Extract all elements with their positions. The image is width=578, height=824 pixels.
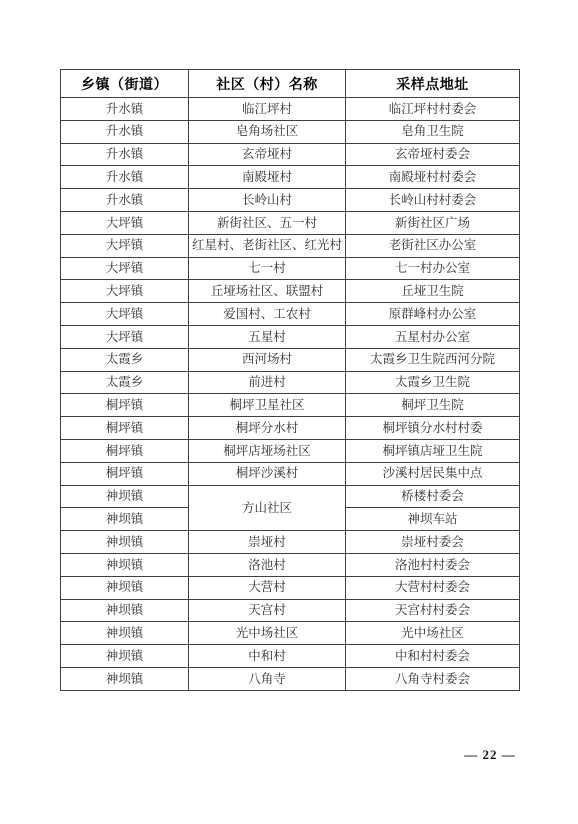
table-row: 升水镇 临江坪村 临江坪村村委会 [61, 98, 520, 121]
table-row: 神坝镇 大营村 大营村村委会 [61, 576, 520, 599]
cell-address: 神坝车站 [346, 508, 520, 531]
cell-village: 长岭山村 [189, 189, 346, 212]
cell-address: 新街社区广场 [346, 211, 520, 234]
cell-village: 玄帝垭村 [189, 143, 346, 166]
cell-address: 临江坪村村委会 [346, 98, 520, 121]
cell-town: 升水镇 [61, 189, 189, 212]
table-row: 神坝镇 崇垭村 崇垭村委会 [61, 531, 520, 554]
cell-town: 大坪镇 [61, 234, 189, 257]
cell-village: 崇垭村 [189, 531, 346, 554]
table-row: 大坪镇 五星村 五星村办公室 [61, 325, 520, 348]
cell-address: 桐坪卫生院 [346, 394, 520, 417]
cell-village: 桐坪卫星社区 [189, 394, 346, 417]
cell-town: 大坪镇 [61, 325, 189, 348]
cell-town: 大坪镇 [61, 257, 189, 280]
cell-village: 西河场村 [189, 348, 346, 371]
cell-town: 神坝镇 [61, 531, 189, 554]
cell-town: 升水镇 [61, 120, 189, 143]
cell-village: 光中场社区 [189, 622, 346, 645]
table-row: 太霞乡 前进村 太霞乡卫生院 [61, 371, 520, 394]
cell-address: 洛池村村委会 [346, 553, 520, 576]
table-row: 桐坪镇 桐坪分水村 桐坪镇分水村村委 [61, 417, 520, 440]
cell-town: 神坝镇 [61, 508, 189, 531]
cell-town: 神坝镇 [61, 576, 189, 599]
table-row: 大坪镇 丘垭场社区、联盟村 丘垭卫生院 [61, 280, 520, 303]
table-row: 桐坪镇 桐坪沙溪村 沙溪村居民集中点 [61, 462, 520, 485]
table-row: 神坝镇 洛池村 洛池村村委会 [61, 553, 520, 576]
cell-village: 五星村 [189, 325, 346, 348]
cell-village: 丘垭场社区、联盟村 [189, 280, 346, 303]
col-header-address: 采样点地址 [346, 70, 520, 98]
cell-address: 太霞乡卫生院 [346, 371, 520, 394]
cell-village: 爱国村、工农村 [189, 303, 346, 326]
table-row: 神坝镇 方山社区 桥楼村委会 [61, 485, 520, 508]
cell-address: 八角寺村委会 [346, 667, 520, 690]
cell-village: 桐坪店垭场社区 [189, 439, 346, 462]
sampling-points-table: 乡镇（街道） 社区（村）名称 采样点地址 升水镇 临江坪村 临江坪村村委会 升水… [60, 69, 520, 691]
cell-town: 桐坪镇 [61, 439, 189, 462]
cell-address: 大营村村委会 [346, 576, 520, 599]
cell-address: 崇垭村委会 [346, 531, 520, 554]
cell-village: 桐坪分水村 [189, 417, 346, 440]
cell-village: 八角寺 [189, 667, 346, 690]
cell-address: 桥楼村委会 [346, 485, 520, 508]
cell-address: 丘垭卫生院 [346, 280, 520, 303]
table-row: 桐坪镇 桐坪店垭场社区 桐坪镇店垭卫生院 [61, 439, 520, 462]
cell-village-merged: 方山社区 [189, 485, 346, 531]
cell-town: 神坝镇 [61, 553, 189, 576]
cell-town: 太霞乡 [61, 348, 189, 371]
cell-town: 升水镇 [61, 143, 189, 166]
page-number: — 22 — [428, 747, 552, 763]
cell-town: 升水镇 [61, 166, 189, 189]
document-page: 乡镇（街道） 社区（村）名称 采样点地址 升水镇 临江坪村 临江坪村村委会 升水… [0, 0, 578, 824]
table-row: 大坪镇 红星村、老街社区、红光村 老街社区办公室 [61, 234, 520, 257]
cell-town: 升水镇 [61, 98, 189, 121]
table-row: 桐坪镇 桐坪卫星社区 桐坪卫生院 [61, 394, 520, 417]
cell-town: 神坝镇 [61, 599, 189, 622]
cell-village: 七一村 [189, 257, 346, 280]
cell-town: 大坪镇 [61, 211, 189, 234]
table-row: 大坪镇 新街社区、五一村 新街社区广场 [61, 211, 520, 234]
cell-town: 桐坪镇 [61, 417, 189, 440]
cell-town: 太霞乡 [61, 371, 189, 394]
cell-village: 皂角场社区 [189, 120, 346, 143]
cell-address: 玄帝垭村委会 [346, 143, 520, 166]
table-row: 神坝镇 光中场社区 光中场社区 [61, 622, 520, 645]
col-header-town: 乡镇（街道） [61, 70, 189, 98]
cell-village: 天宫村 [189, 599, 346, 622]
cell-town: 桐坪镇 [61, 462, 189, 485]
cell-village: 洛池村 [189, 553, 346, 576]
table-row: 神坝镇 中和村 中和村村委会 [61, 645, 520, 668]
cell-town: 大坪镇 [61, 303, 189, 326]
cell-village: 桐坪沙溪村 [189, 462, 346, 485]
cell-village: 新街社区、五一村 [189, 211, 346, 234]
col-header-village: 社区（村）名称 [189, 70, 346, 98]
cell-address: 南殿垭村村委会 [346, 166, 520, 189]
cell-address: 七一村办公室 [346, 257, 520, 280]
header-row: 乡镇（街道） 社区（村）名称 采样点地址 [61, 70, 520, 98]
table-row: 太霞乡 西河场村 太霞乡卫生院西河分院 [61, 348, 520, 371]
cell-address: 光中场社区 [346, 622, 520, 645]
cell-address: 老街社区办公室 [346, 234, 520, 257]
cell-address: 五星村办公室 [346, 325, 520, 348]
cell-address: 中和村村委会 [346, 645, 520, 668]
cell-address: 原群峰村办公室 [346, 303, 520, 326]
cell-town: 神坝镇 [61, 667, 189, 690]
cell-address: 皂角卫生院 [346, 120, 520, 143]
cell-address: 天宫村村委会 [346, 599, 520, 622]
table-row: 升水镇 南殿垭村 南殿垭村村委会 [61, 166, 520, 189]
cell-town: 神坝镇 [61, 485, 189, 508]
table-row: 大坪镇 七一村 七一村办公室 [61, 257, 520, 280]
cell-village: 前进村 [189, 371, 346, 394]
cell-address: 桐坪镇店垭卫生院 [346, 439, 520, 462]
cell-address: 沙溪村居民集中点 [346, 462, 520, 485]
cell-address: 太霞乡卫生院西河分院 [346, 348, 520, 371]
table-row: 升水镇 玄帝垭村 玄帝垭村委会 [61, 143, 520, 166]
cell-address: 长岭山村村委会 [346, 189, 520, 212]
cell-village: 大营村 [189, 576, 346, 599]
cell-village: 中和村 [189, 645, 346, 668]
cell-village: 红星村、老街社区、红光村 [189, 234, 346, 257]
cell-town: 桐坪镇 [61, 394, 189, 417]
cell-town: 神坝镇 [61, 622, 189, 645]
cell-address: 桐坪镇分水村村委 [346, 417, 520, 440]
cell-village: 南殿垭村 [189, 166, 346, 189]
cell-town: 神坝镇 [61, 645, 189, 668]
table-row: 神坝镇 八角寺 八角寺村委会 [61, 667, 520, 690]
table-row: 升水镇 皂角场社区 皂角卫生院 [61, 120, 520, 143]
table-row: 神坝镇 天宫村 天宫村村委会 [61, 599, 520, 622]
cell-village: 临江坪村 [189, 98, 346, 121]
cell-town: 大坪镇 [61, 280, 189, 303]
table-row: 大坪镇 爱国村、工农村 原群峰村办公室 [61, 303, 520, 326]
table-row: 升水镇 长岭山村 长岭山村村委会 [61, 189, 520, 212]
